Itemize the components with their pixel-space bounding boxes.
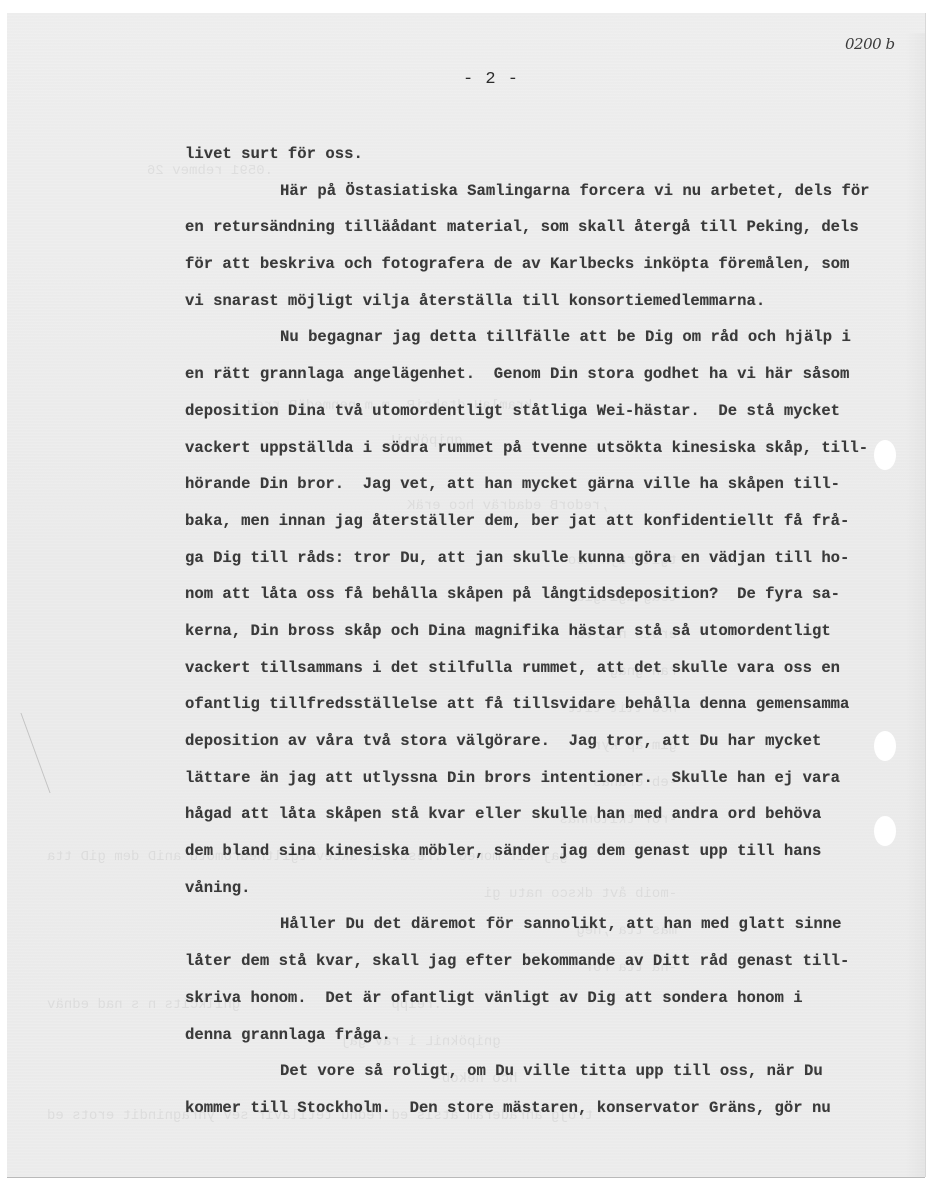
archive-number-handwritten: 0200 b bbox=[845, 35, 895, 53]
text-line: vi snarast möjligt vilja återställa till… bbox=[185, 283, 945, 320]
text-line: deposition av våra två stora välgörare. … bbox=[185, 723, 945, 760]
text-line: hörande Din bror. Jag vet, att han mycke… bbox=[185, 466, 945, 503]
text-line: denna grannlaga fråga. bbox=[185, 1017, 945, 1054]
text-line: Här på Östasiatiska Samlingarna forcera … bbox=[185, 173, 945, 210]
text-line: Det vore så roligt, om Du ville titta up… bbox=[185, 1053, 945, 1090]
punch-hole bbox=[874, 816, 896, 846]
text-line: lättare än jag att utlyssna Din brors in… bbox=[185, 760, 945, 797]
document-page: .0591 rebmev 26 ,kramlaH dtahciR .m.m ne… bbox=[7, 13, 925, 1177]
text-line: en retursändning tilläådant material, so… bbox=[185, 209, 945, 246]
text-line: våning. bbox=[185, 870, 945, 907]
text-line: kommer till Stockholm. Den store mästare… bbox=[185, 1090, 945, 1127]
text-line: för att beskriva och fotografera de av K… bbox=[185, 246, 945, 283]
page-number: - 2 - bbox=[463, 70, 519, 89]
text-line: skriva honom. Det är ofantligt vänligt a… bbox=[185, 980, 945, 1017]
punch-hole bbox=[874, 440, 896, 470]
punch-hole bbox=[874, 731, 896, 761]
text-line: ga Dig till råds: tror Du, att jan skull… bbox=[185, 540, 945, 577]
text-line: Nu begagnar jag detta tillfälle att be D… bbox=[185, 319, 945, 356]
paper-tear-mark bbox=[20, 713, 80, 793]
text-line: Håller Du det däremot för sannolikt, att… bbox=[185, 906, 945, 943]
text-line: vackert tillsammans i det stilfulla rumm… bbox=[185, 650, 945, 687]
text-line: nom att låta oss få behålla skåpen på lå… bbox=[185, 576, 945, 613]
text-line: kerna, Din bross skåp och Dina magnifika… bbox=[185, 613, 945, 650]
text-line: vackert uppställda i södra rummet på tve… bbox=[185, 430, 945, 467]
text-line: deposition Dina två utomordentligt ståtl… bbox=[185, 393, 945, 430]
text-line: livet surt för oss. bbox=[185, 136, 945, 173]
text-line: dem bland sina kinesiska möbler, sänder … bbox=[185, 833, 945, 870]
text-line: ofantlig tillfredsställelse att få tills… bbox=[185, 686, 945, 723]
text-line: hågad att låta skåpen stå kvar eller sku… bbox=[185, 796, 945, 833]
letter-body: livet surt för oss. Här på Östasiatiska … bbox=[185, 136, 945, 1127]
text-line: baka, men innan jag återställer dem, ber… bbox=[185, 503, 945, 540]
text-line: en rätt grannlaga angelägenhet. Genom Di… bbox=[185, 356, 945, 393]
text-line: låter dem stå kvar, skall jag efter beko… bbox=[185, 943, 945, 980]
